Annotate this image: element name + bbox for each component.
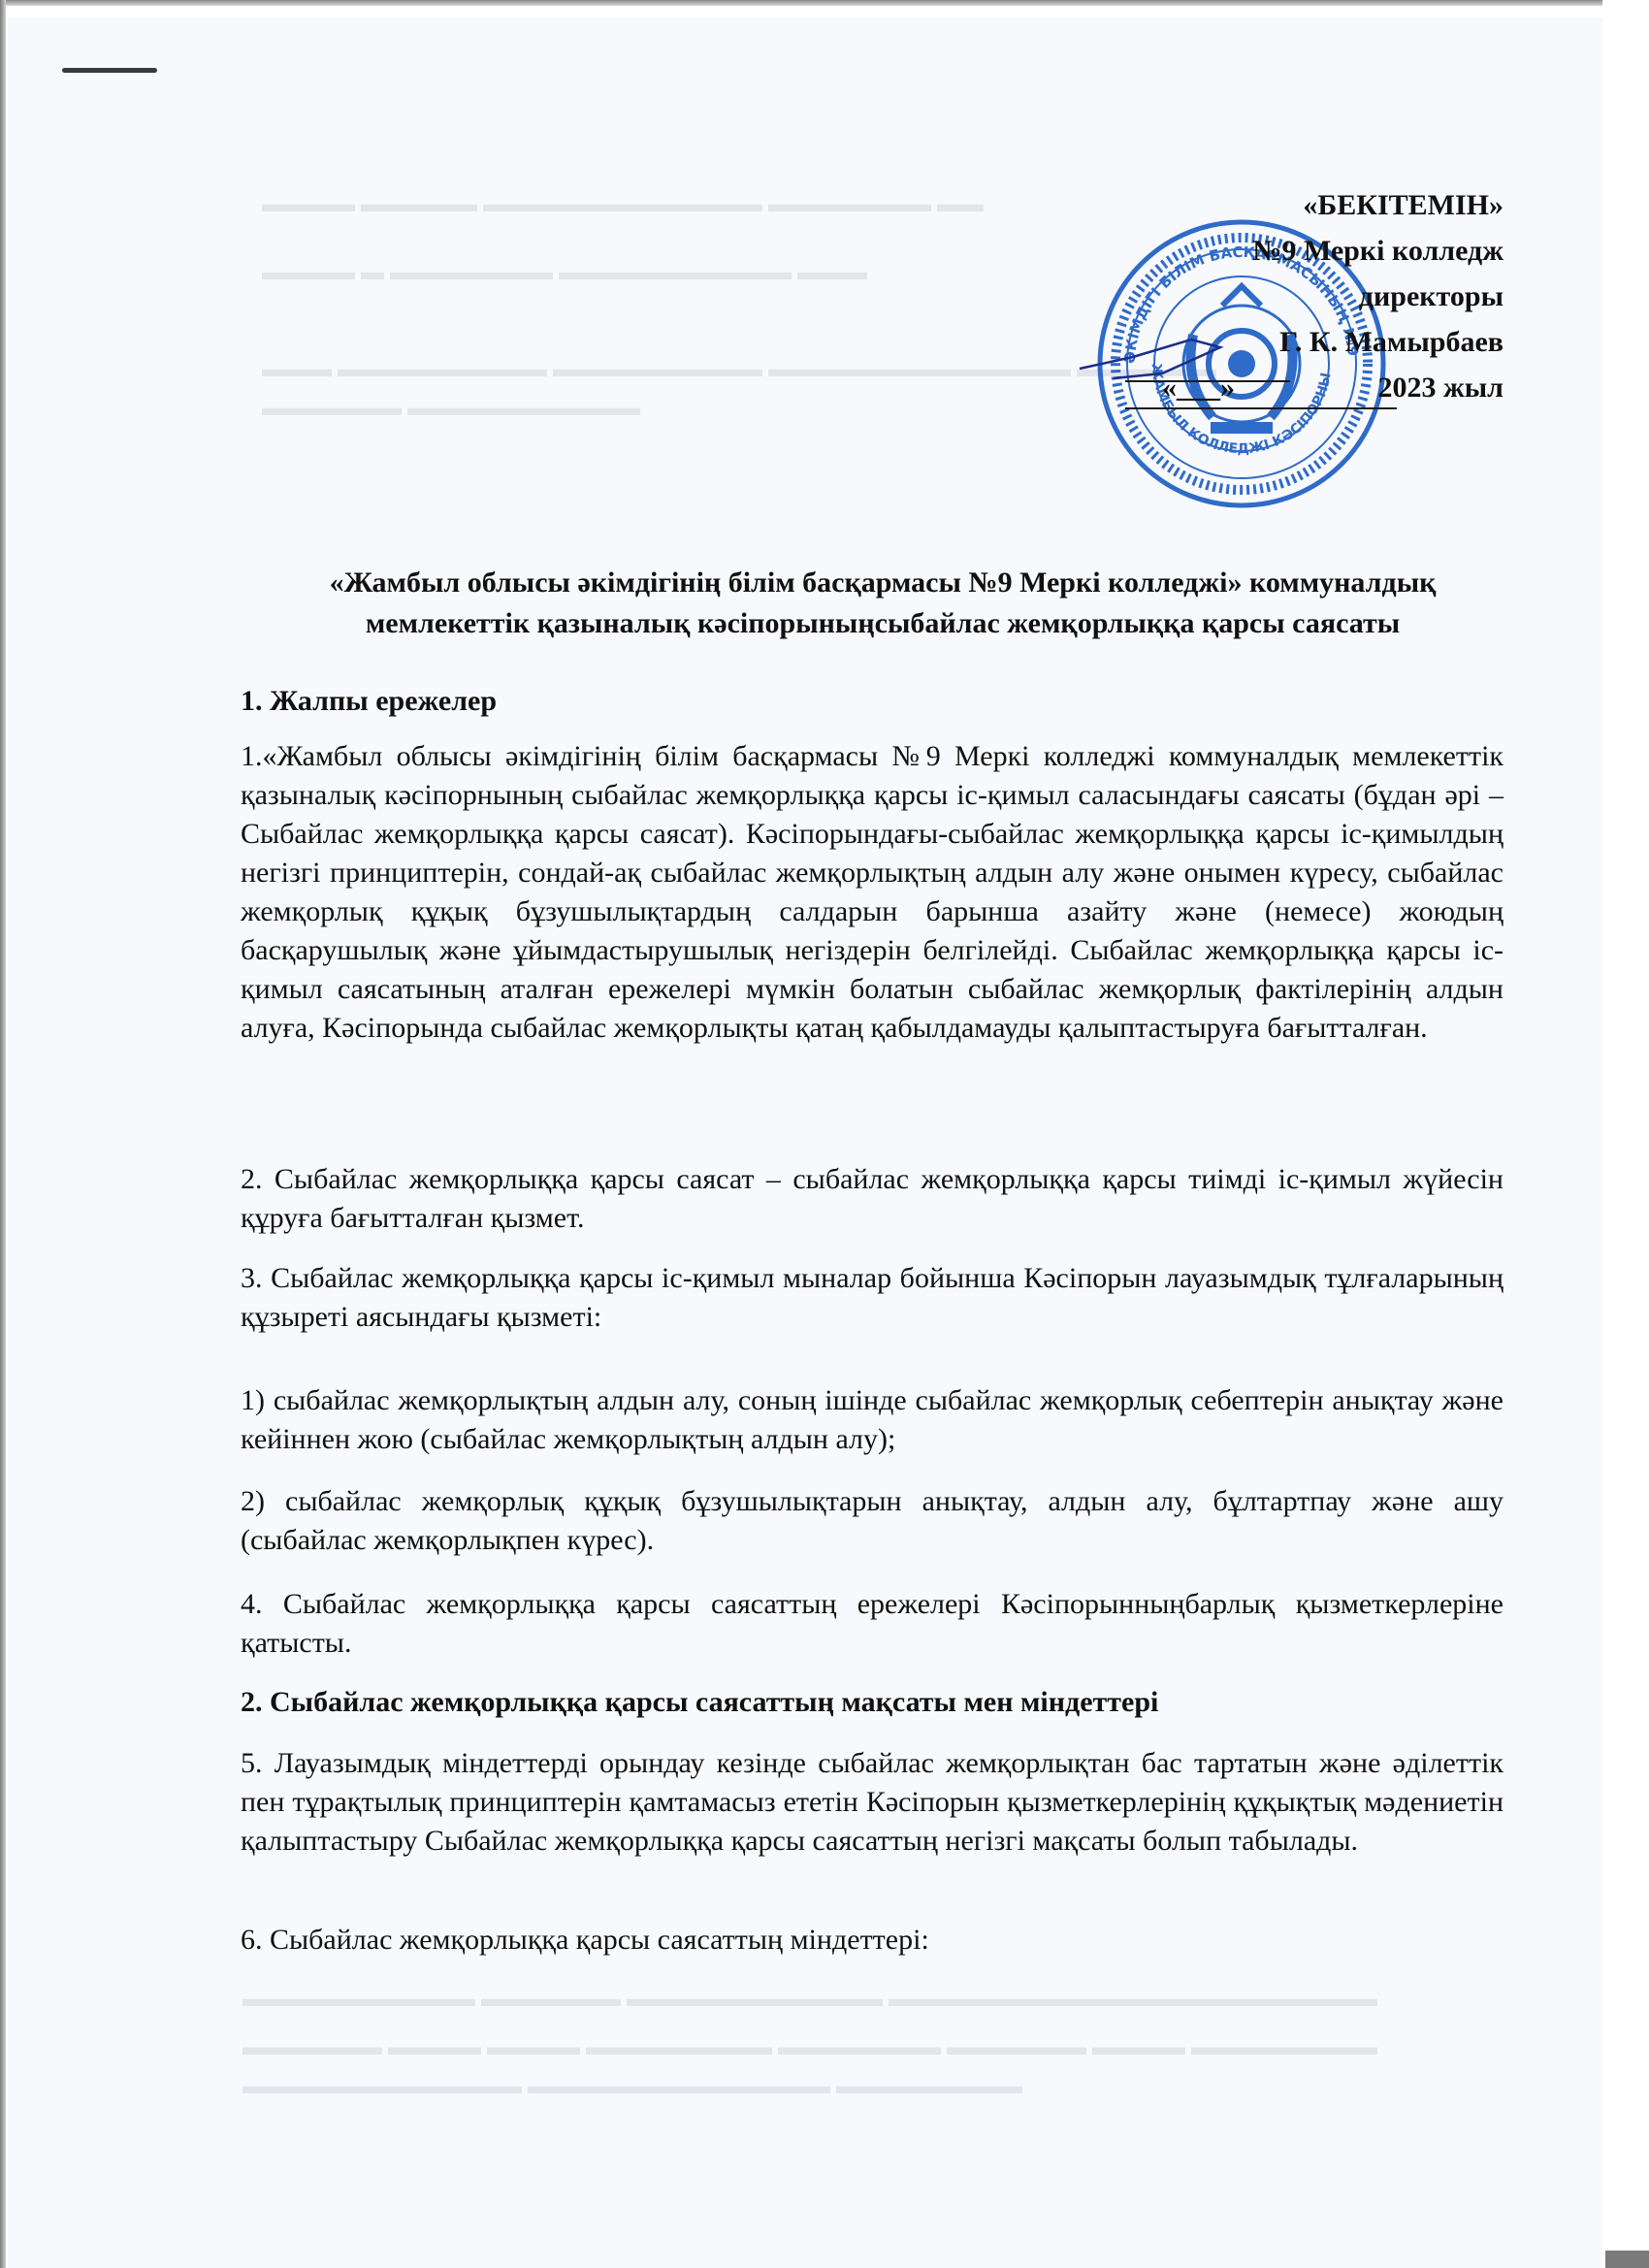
bleed-through-text: ▬▬▬▬ ▬ ▬▬▬▬▬▬▬ ▬▬▬▬▬▬▬▬▬▬ ▬▬▬ <box>262 252 867 293</box>
scan-border-left <box>0 0 6 2268</box>
document-title: «Жамбыл облысы әкімдігінің білім басқарм… <box>223 563 1542 644</box>
paragraph-3: 3. Сыбайлас жемқорлыққа қарсы іс-қимыл м… <box>241 1259 1503 1337</box>
title-line-1: «Жамбыл облысы әкімдігінің білім басқарм… <box>223 563 1542 603</box>
bleed-through-text: ▬▬▬▬▬▬ ▬▬▬▬ ▬▬▬▬ ▬▬▬▬▬▬▬▬ ▬▬▬▬▬▬▬ ▬▬▬▬▬▬… <box>242 2027 1377 2068</box>
approval-position: директоры <box>1162 274 1503 319</box>
approval-heading: «БЕКІТЕМІН» <box>1162 182 1503 228</box>
director-signature <box>1075 330 1240 388</box>
date-line <box>1125 407 1397 409</box>
paragraph-3-item-2: 2) сыбайлас жемқорлық құқық бұзушылықтар… <box>241 1482 1503 1560</box>
approval-date-year: 2023 жыл <box>1377 372 1503 404</box>
paragraph-5: 5. Лауазымдық міндеттерді орындау кезінд… <box>241 1744 1503 1861</box>
section-1-heading: 1. Жалпы ережелер <box>241 685 497 718</box>
paragraph-4: 4. Сыбайлас жемқорлыққа қарсы саясаттың … <box>241 1585 1503 1663</box>
scan-border-top <box>0 0 1649 6</box>
scan-corner-shadow <box>1605 2251 1649 2268</box>
bleed-through-text: ▬▬▬ ▬▬▬▬▬▬▬▬▬ ▬▬▬▬▬▬▬▬▬ ▬▬▬▬▬▬▬▬▬▬▬▬▬ ▬▬… <box>262 349 1216 390</box>
signature-line <box>1125 380 1290 382</box>
section-2-heading: 2. Сыбайлас жемқорлыққа қарсы саясаттың … <box>241 1686 1158 1719</box>
bleed-through-text: ▬▬▬▬▬▬▬▬▬▬ ▬▬▬▬▬▬ ▬▬▬▬▬▬▬▬▬▬▬ ▬▬▬▬▬▬▬▬▬▬… <box>242 1979 1377 2020</box>
approval-college: №9 Меркі колледж <box>1162 228 1503 274</box>
paragraph-6: 6. Сыбайлас жемқорлыққа қарсы саясаттың … <box>241 1921 1503 1960</box>
paragraph-3-item-1: 1) сыбайлас жемқорлықтың алдын алу, соны… <box>241 1381 1503 1459</box>
bleed-through-text: ▬▬▬▬▬▬▬▬▬▬▬▬ ▬▬▬▬▬▬▬▬▬▬▬▬▬ ▬▬▬▬▬▬▬▬ <box>242 2066 1022 2107</box>
bleed-through-text: ▬▬▬▬▬▬ ▬▬▬▬▬▬▬▬▬▬ <box>262 388 640 429</box>
bleed-through-text: ▬▬▬▬ ▬▬▬▬▬ ▬▬▬▬▬▬▬▬▬▬▬▬ ▬▬▬▬▬▬▬ ▬▬ <box>262 184 984 225</box>
pen-mark <box>62 68 157 73</box>
scan-margin-right <box>1602 0 1649 2268</box>
paragraph-2: 2. Сыбайлас жемқорлыққа қарсы саясат – с… <box>241 1160 1503 1238</box>
title-line-2: мемлекеттік қазыналық кәсіпорыныңсыбайла… <box>223 603 1542 644</box>
paragraph-1: 1.«Жамбыл облысы әкімдігінің білім басқа… <box>241 737 1503 1048</box>
